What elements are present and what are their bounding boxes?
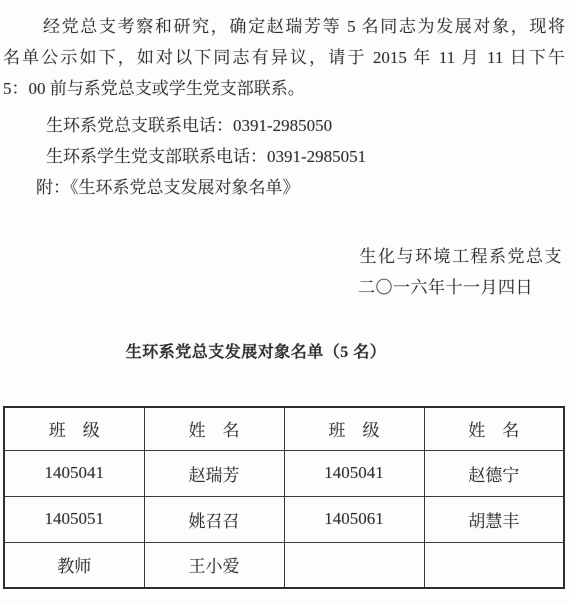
signature-organization: 生化与环境工程系党总支 — [3, 241, 565, 272]
contact-phone-branch: 生环系党总支联系电话：0391-2985050 — [3, 110, 565, 141]
header-cell-class-1: 班 级 — [4, 407, 144, 450]
table-row: 教师 王小爱 — [4, 542, 564, 588]
contact-phone-student-branch: 生环系学生党支部联系电话：0391-2985051 — [3, 141, 565, 172]
header-cell-class-2: 班 级 — [284, 407, 424, 450]
announcement-paragraph: 经党总支考察和研究，确定赵瑞芳等 5 名同志为发展对象，现将 名单公示如下，如对… — [3, 11, 565, 104]
table-cell: 赵瑞芳 — [144, 450, 284, 496]
table-header-row: 班 级 姓 名 班 级 姓 名 — [4, 407, 564, 450]
header-cell-name-2: 姓 名 — [424, 407, 564, 450]
table-cell: 赵德宁 — [424, 450, 564, 496]
table-row: 1405041 赵瑞芳 1405041 赵德宁 — [4, 450, 564, 496]
attachment-reference: 附：《生环系党总支发展对象名单》 — [3, 172, 565, 203]
header-cell-name-1: 姓 名 — [144, 407, 284, 450]
signature-date: 二〇一六年十一月四日 — [3, 272, 565, 303]
table-title: 生环系党总支发展对象名单（5 名） — [0, 341, 537, 364]
table-row: 1405051 姚召召 1405061 胡慧丰 — [4, 496, 564, 542]
paragraph-line-3: 5：00 前与系党总支或学生党支部联系。 — [3, 73, 565, 104]
table-cell: 姚召召 — [144, 496, 284, 542]
table-cell: 1405061 — [284, 496, 424, 542]
table-cell: 教师 — [4, 542, 144, 588]
candidates-table: 班 级 姓 名 班 级 姓 名 1405041 赵瑞芳 1405041 赵德宁 … — [3, 406, 565, 589]
contact-block: 生环系党总支联系电话：0391-2985050 生环系学生党支部联系电话：039… — [3, 110, 565, 203]
table-cell: 1405041 — [4, 450, 144, 496]
table-cell: 王小爱 — [144, 542, 284, 588]
paragraph-line-2: 名单公示如下，如对以下同志有异议，请于 2015 年 11 月 11 日下午 — [3, 42, 565, 73]
table-cell — [284, 542, 424, 588]
table-cell: 胡慧丰 — [424, 496, 564, 542]
paragraph-line-1: 经党总支考察和研究，确定赵瑞芳等 5 名同志为发展对象，现将 — [3, 11, 565, 42]
document-page: 经党总支考察和研究，确定赵瑞芳等 5 名同志为发展对象，现将 名单公示如下，如对… — [0, 0, 569, 604]
table-cell: 1405041 — [284, 450, 424, 496]
signature-block: 生化与环境工程系党总支 二〇一六年十一月四日 — [3, 241, 565, 303]
table-cell — [424, 542, 564, 588]
table-cell: 1405051 — [4, 496, 144, 542]
